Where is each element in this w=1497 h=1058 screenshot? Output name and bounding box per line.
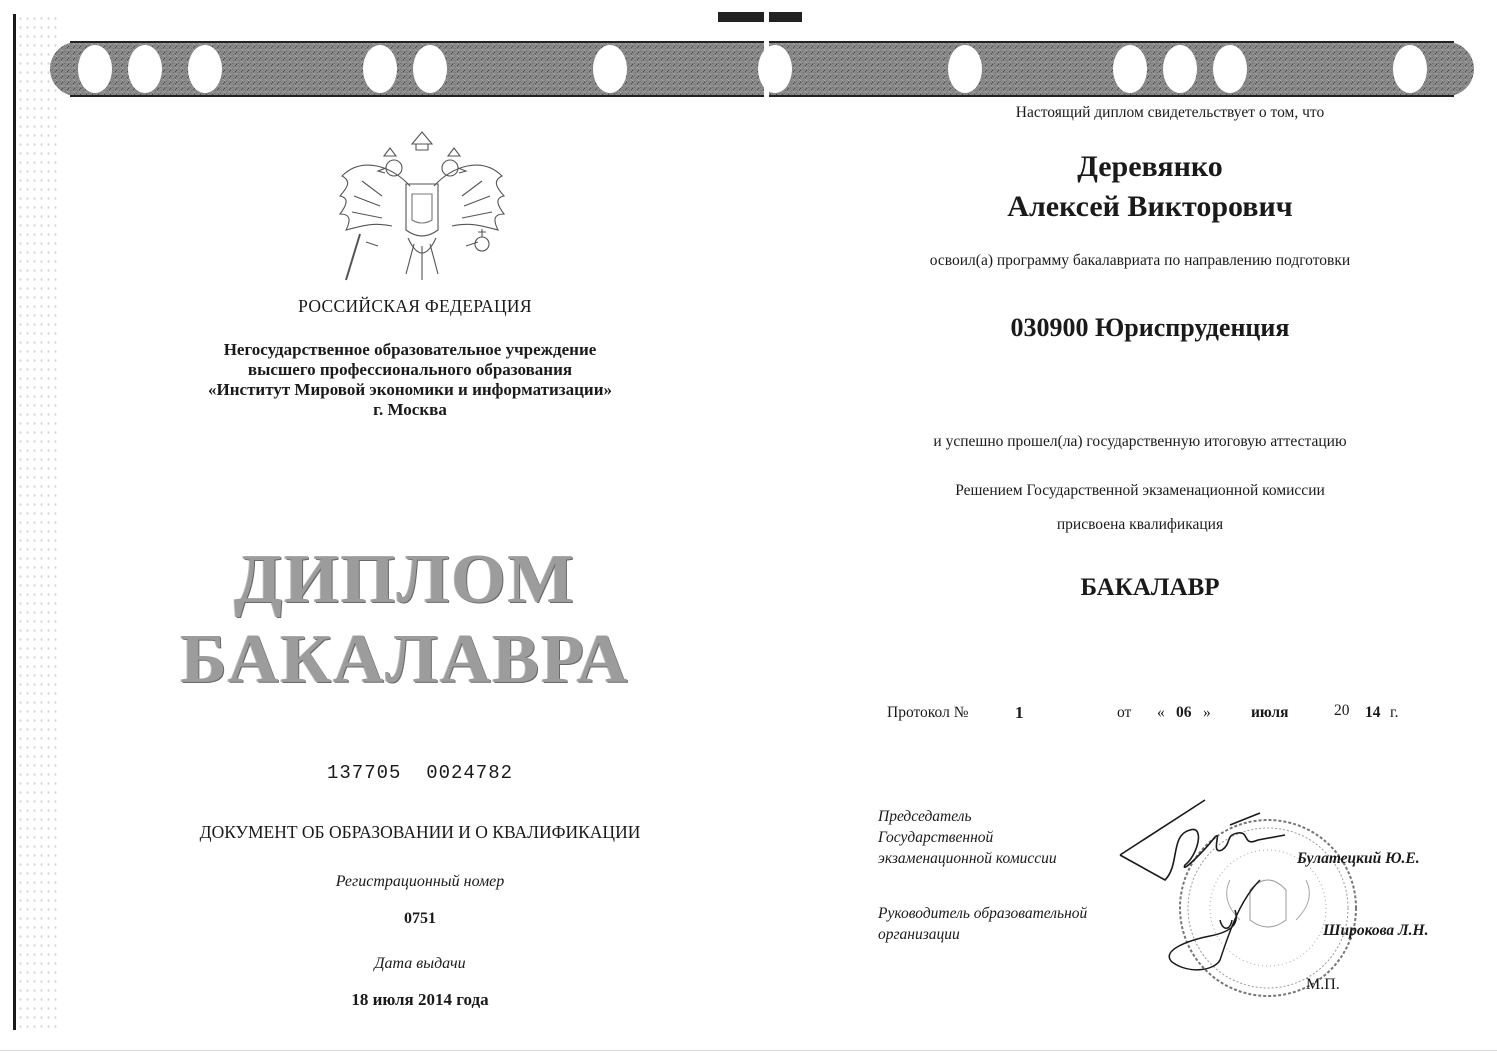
registration-number: 0751 — [240, 910, 600, 928]
diploma-title-line: ДИПЛОМ — [180, 540, 630, 620]
diploma-title-line: БАКАЛАВРА — [180, 620, 630, 700]
day-quote-close: » — [1203, 704, 1211, 722]
issue-date-label: Дата выдачи — [240, 955, 600, 973]
scan-speckle — [17, 14, 57, 1030]
protocol-month: июля — [1251, 704, 1288, 722]
registration-label: Регистрационный номер — [240, 873, 600, 891]
chairman-name: Булатецкий Ю.Е. — [1297, 850, 1420, 868]
institution-city: г. Москва — [150, 400, 670, 420]
role-line: Руководитель образовательной — [878, 903, 1087, 924]
day-quote-open: « — [1157, 704, 1165, 722]
director-role: Руководитель образовательной организации — [878, 903, 1087, 945]
program-name: 030900 Юриспруденция — [880, 313, 1420, 343]
protocol-number: 1 — [1015, 703, 1024, 723]
graduate-surname: Деревянко — [880, 150, 1420, 184]
ornamental-guilloche-band — [50, 38, 1474, 100]
country-name: РОССИЙСКАЯ ФЕДЕРАЦИЯ — [200, 296, 630, 317]
seal-mark: М.П. — [1306, 976, 1340, 994]
protocol-year-prefix: 20 — [1334, 702, 1350, 720]
passed-text: и успешно прошел(ла) государственную ито… — [850, 433, 1430, 451]
role-line: Председатель — [878, 806, 1057, 827]
page-edge — [13, 14, 16, 1030]
institution-line: «Институт Мировой экономики и информатиз… — [150, 380, 670, 400]
decision-text: Решением Государственной экзаменационной… — [850, 482, 1430, 500]
assigned-text: присвоена квалификация — [850, 516, 1430, 534]
document-type: ДОКУМЕНТ ОБ ОБРАЗОВАНИИ И О КВАЛИФИКАЦИИ — [140, 822, 700, 843]
institution-line: высшего профессионального образования — [150, 360, 670, 380]
graduate-given-names: Алексей Викторович — [880, 190, 1420, 224]
institution-name: Негосударственное образовательное учрежд… — [150, 340, 670, 420]
serial-number: 137705 0024782 — [240, 762, 600, 784]
protocol-from-label: от — [1117, 704, 1131, 722]
year-abbr: г. — [1390, 704, 1398, 722]
certifies-text: Настоящий диплом свидетельствует о том, … — [880, 104, 1460, 122]
director-name: Широкова Л.Н. — [1323, 922, 1428, 940]
qualification: БАКАЛАВР — [880, 574, 1420, 602]
institution-line: Негосударственное образовательное учрежд… — [150, 340, 670, 360]
role-line: Государственной — [878, 827, 1057, 848]
mastered-text: освоил(а) программу бакалавриата по напр… — [850, 252, 1430, 270]
director-signature — [1160, 870, 1280, 980]
protocol-label: Протокол № — [887, 704, 969, 722]
protocol-year-suffix: 14 — [1365, 704, 1381, 722]
chairman-role: Председатель Государственной экзаменацио… — [878, 806, 1057, 869]
diploma-title: ДИПЛОМ БАКАЛАВРА — [180, 540, 630, 700]
scan-bottom-edge — [0, 1050, 1497, 1051]
role-line: организации — [878, 924, 1087, 945]
fold-line — [764, 10, 769, 100]
issue-date: 18 июля 2014 года — [240, 990, 600, 1010]
russian-coat-of-arms-icon — [332, 126, 512, 291]
binding-marker — [718, 12, 802, 22]
protocol-day: 06 — [1176, 704, 1192, 722]
role-line: экзаменационной комиссии — [878, 848, 1057, 869]
